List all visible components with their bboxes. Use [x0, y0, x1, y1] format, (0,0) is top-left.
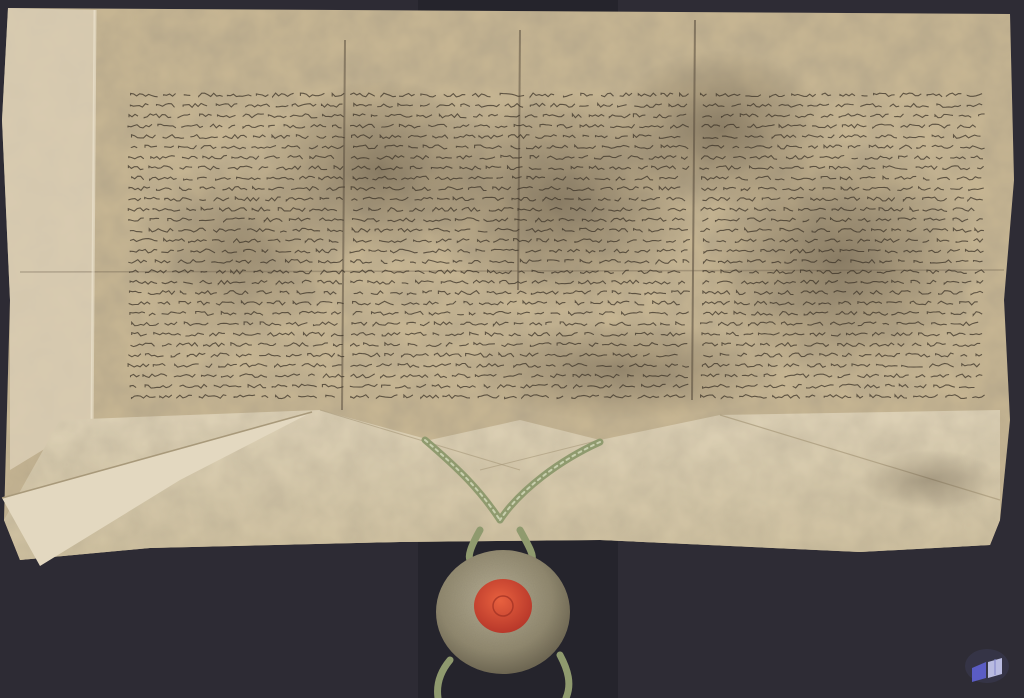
- charter-illustration: [0, 0, 1024, 698]
- open-book-icon: [964, 644, 1010, 684]
- wax-seal: [436, 550, 570, 674]
- plica-fold: [2, 410, 1000, 566]
- photo-scene: [0, 0, 1024, 698]
